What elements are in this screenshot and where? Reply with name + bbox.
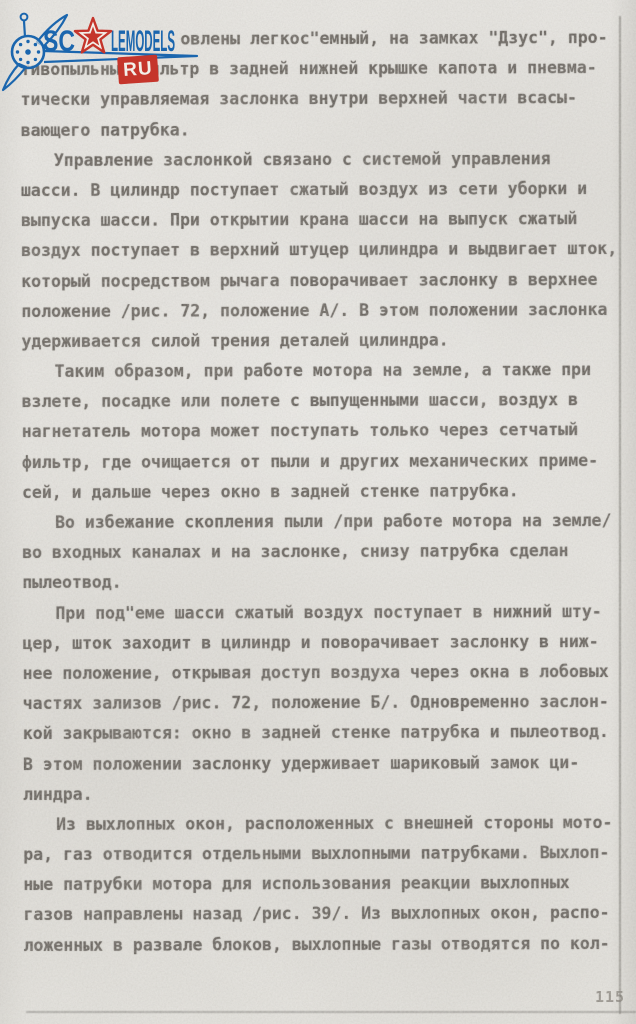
text-line: линдра. [23,778,623,810]
scanned-page: овлены легкос"емный, на замках "Дзус", п… [0,0,636,1024]
text-line: выпуска шасси. При открытии крана шасси … [21,204,621,236]
ru-badge: RU [117,55,159,85]
text-line: Таким образом, при работе мотора на земл… [22,355,622,387]
text-line: ра, газ отводится отдельными выхлопными … [23,838,623,870]
margin-rule-vertical [619,16,621,1014]
page-number: 115 [595,988,625,1006]
scalemodels-watermark: SC LEMODELS RU [0,4,220,114]
text-line: При под"еме шасси сжатый воздух поступае… [22,597,622,629]
text-line: ложенных в развале блоков, выхлопные газ… [24,929,624,961]
text-line: кой закрываются: окно в задней стенке па… [23,717,623,749]
text-line: вающего патрубка. [21,114,621,146]
text-line: В этом положении заслонку удерживает шар… [23,747,623,779]
text-line: сей, и дальше через окно в задней стенке… [22,476,622,508]
text-line: положение /рис. 72, положение А/. В этом… [21,295,621,327]
text-line: частях зализов /рис. 72, положение Б/. О… [23,687,623,719]
text-line: который посредством рычага поворачивает … [21,264,621,296]
text-body: овлены легкос"емный, на замках "Дзус", п… [20,23,623,961]
text-line: пылеотвод. [22,566,622,598]
text-line: цер, шток заходит в цилиндр и поворачива… [22,627,622,659]
text-line: газов направлены назад /рис. 39/. Из вых… [23,898,623,930]
text-line: ные патрубки мотора для использования ре… [23,868,623,900]
margin-rule-bottom [26,1011,636,1013]
text-line: удерживается силой трения деталей цилинд… [21,325,621,357]
brand-text-lemodels: LEMODELS [111,25,175,58]
text-line: Управление заслонкой связано с системой … [21,144,621,176]
text-line: взлете, посадке или полете с выпущенными… [22,385,622,417]
text-line: фильтр, где очищается от пыли и других м… [22,446,622,478]
text-line: нагнетатель мотора может поступать тольк… [22,415,622,447]
propeller-logo-icon: SC LEMODELS [0,4,220,114]
text-line: нее положение, открывая доступ воздуха ч… [23,657,623,689]
text-line: шасси. В цилиндр поступает сжатый воздух… [21,174,621,206]
text-line: Из выхлопных окон, расположенных с внешн… [23,808,623,840]
brand-text-sc: SC [43,25,75,58]
star-icon [75,18,111,52]
text-line: во входных каналах и на заслонке, снизу … [22,536,622,568]
text-line: воздух поступает в верхний штуцер цилинд… [21,234,621,266]
text-line: Во избежание скопления пыли /при работе … [22,506,622,538]
